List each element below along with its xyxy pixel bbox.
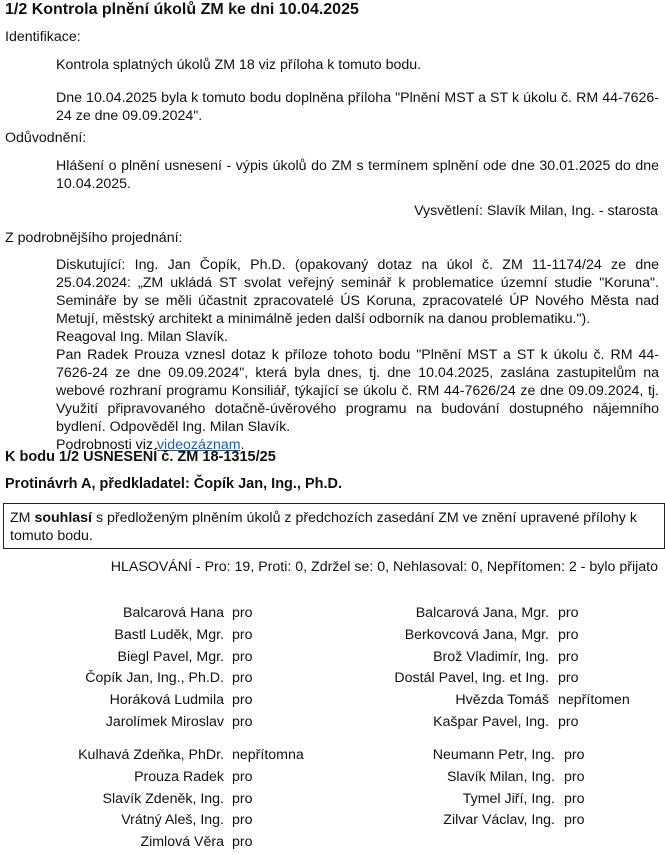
resolution-box: ZM souhlasí s předloženým plněním úkolů … bbox=[3, 503, 665, 549]
identification-text-1: Kontrola splatných úkolů ZM 18 viz přílo… bbox=[56, 56, 659, 74]
discussion-para-1: Diskutující: Ing. Jan Čopík, Ph.D. (opak… bbox=[56, 256, 659, 328]
page-title: 1/2 Kontrola plnění úkolů ZM ke dni 10.0… bbox=[5, 1, 359, 19]
vote-value: pro bbox=[564, 767, 585, 788]
justification-label: Odůvodnění: bbox=[5, 130, 86, 146]
vote-value: pro bbox=[232, 832, 253, 853]
justification-text: Hlášení o plnění usnesení - výpis úkolů … bbox=[56, 157, 659, 193]
vote-value: pro bbox=[564, 789, 585, 810]
vote-row: Tymel Jiří, Ing.pro bbox=[0, 789, 665, 810]
vote-row: Brož Vladimír, Ing.pro bbox=[0, 647, 665, 668]
voter-name: Dostál Pavel, Ing. et Ing. bbox=[394, 668, 549, 689]
voting-summary: HLASOVÁNÍ - Pro: 19, Proti: 0, Zdržel se… bbox=[111, 559, 658, 575]
counter-proposal: Protinávrh A, předkladatel: Čopík Jan, I… bbox=[5, 476, 342, 492]
vote-row: Zimlová Věrapro bbox=[0, 832, 665, 853]
vote-row: Neumann Petr, Ing.pro bbox=[0, 745, 665, 766]
voter-name: Zilvar Václav, Ing. bbox=[443, 810, 555, 831]
vote-value: pro bbox=[558, 647, 579, 668]
vote-row: Zilvar Václav, Ing.pro bbox=[0, 810, 665, 831]
resolution-heading: K bodu 1/2 USNESENÍ č. ZM 18-1315/25 bbox=[5, 449, 276, 465]
vote-row: Balcarová Jana, Mgr.pro bbox=[0, 603, 665, 624]
voter-name: Neumann Petr, Ing. bbox=[433, 745, 555, 766]
vote-value: pro bbox=[564, 745, 585, 766]
discussion-para-1b: Reagoval Ing. Milan Slavík. bbox=[56, 328, 659, 346]
vote-value: pro bbox=[564, 810, 585, 831]
vote-row: Dostál Pavel, Ing. et Ing.pro bbox=[0, 668, 665, 689]
vote-row: Berkovcová Jana, Mgr.pro bbox=[0, 625, 665, 646]
resolution-prefix: ZM bbox=[10, 510, 34, 526]
vote-row: Kašpar Pavel, Ing.pro bbox=[0, 712, 665, 733]
voter-name: Balcarová Jana, Mgr. bbox=[416, 603, 549, 624]
identification-text-2: Dne 10.04.2025 byla k tomuto bodu doplně… bbox=[56, 89, 659, 125]
discussion-block: Diskutující: Ing. Jan Čopík, Ph.D. (opak… bbox=[56, 256, 659, 454]
voter-name: Tymel Jiří, Ing. bbox=[463, 789, 555, 810]
resolution-verb: souhlasí bbox=[34, 510, 92, 526]
discussion-label: Z podrobnějšího projednání: bbox=[5, 230, 182, 246]
explained-by: Vysvětlení: Slavík Milan, Ing. - starost… bbox=[414, 203, 658, 219]
discussion-para-2: Pan Radek Prouza vznesl dotaz k příloze … bbox=[56, 346, 659, 436]
vote-value: pro bbox=[558, 625, 579, 646]
voter-name: Berkovcová Jana, Mgr. bbox=[405, 625, 549, 646]
vote-value: pro bbox=[558, 712, 579, 733]
vote-row: Slavík Milan, Ing.pro bbox=[0, 767, 665, 788]
vote-value: pro bbox=[558, 603, 579, 624]
vote-value: pro bbox=[558, 668, 579, 689]
vote-row: Hvězda Tomášnepřítomen bbox=[0, 690, 665, 711]
identification-label: Identifikace: bbox=[5, 29, 81, 45]
voter-name: Slavík Milan, Ing. bbox=[447, 767, 555, 788]
voter-name: Hvězda Tomáš bbox=[455, 690, 549, 711]
resolution-rest: s předloženým plněním úkolů z předchozíc… bbox=[10, 510, 637, 544]
voter-name: Zimlová Věra bbox=[140, 832, 224, 853]
voter-name: Kašpar Pavel, Ing. bbox=[433, 712, 549, 733]
vote-value: nepřítomen bbox=[558, 690, 630, 711]
voter-name: Brož Vladimír, Ing. bbox=[433, 647, 549, 668]
